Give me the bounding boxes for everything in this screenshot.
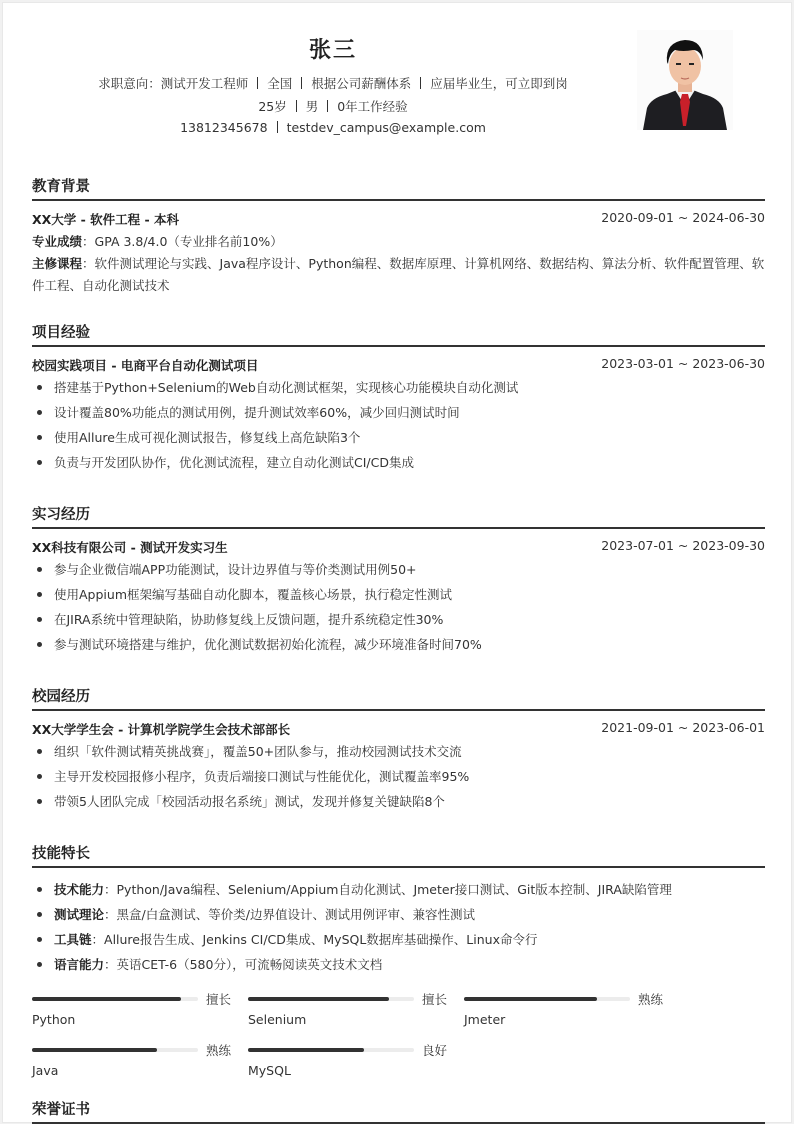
skill-bar-track xyxy=(32,1048,198,1052)
projects-section: 项目经验 校园实践项目 - 电商平台自动化测试项目 2023-03-01 ~ 2… xyxy=(32,321,765,476)
list-item: 组织「软件测试精英挑战赛」，覆盖50+团队参与，推动校园测试技术交流 xyxy=(32,739,765,764)
section-title: 校园经历 xyxy=(32,685,765,707)
skill-level: 良好 xyxy=(422,1041,447,1059)
skill-bar-mysql: 良好 MySQL xyxy=(248,1041,448,1081)
date-range: 2023-07-01 ~ 2023-09-30 xyxy=(601,538,765,553)
email: testdev_campus@example.com xyxy=(287,120,486,135)
section-title: 项目经验 xyxy=(32,321,765,343)
skill-category-label: 技术能力 xyxy=(54,882,104,897)
list-item: 搭建基于Python+Selenium的Web自动化测试框架，实现核心功能模块自… xyxy=(32,375,765,400)
section-title: 实习经历 xyxy=(32,503,765,525)
section-title: 技能特长 xyxy=(32,842,765,864)
list-item: 带领5人团队完成「校园活动报名系统」测试，发现并修复关键缺陷8个 xyxy=(32,789,765,814)
section-divider xyxy=(32,709,765,711)
divider xyxy=(327,100,328,112)
project-name: 校园实践项目 - 电商平台自动化测试项目 xyxy=(32,356,258,374)
skill-bar-fill xyxy=(248,997,389,1001)
gpa-line: 专业成绩：GPA 3.8/4.0（专业排名前10%） xyxy=(32,231,765,253)
section-title: 教育背景 xyxy=(32,175,765,197)
divider xyxy=(277,121,278,133)
skill-category-label: 测试理论 xyxy=(54,907,104,922)
project-bullets: 搭建基于Python+Selenium的Web自动化测试框架，实现核心功能模块自… xyxy=(32,375,765,476)
skill-bar-track xyxy=(464,997,630,1001)
list-item: 测试理论：黑盒/白盒测试、等价类/边界值设计、测试用例评审、兼容性测试 xyxy=(32,902,765,927)
list-item: 技术能力：Python/Java编程、Selenium/Appium自动化测试、… xyxy=(32,877,765,902)
skill-name: Jmeter xyxy=(464,1012,505,1027)
section-divider xyxy=(32,345,765,347)
skill-bar-java: 熟练 Java xyxy=(32,1041,232,1081)
skill-level: 擅长 xyxy=(206,990,231,1008)
skill-name: Python xyxy=(32,1012,75,1027)
skills-bullets: 技术能力：Python/Java编程、Selenium/Appium自动化测试、… xyxy=(32,877,765,978)
school-major-degree: XX大学 - 软件工程 - 本科 xyxy=(32,210,179,228)
list-item: 负责与开发团队协作，优化测试流程，建立自动化测试CI/CD集成 xyxy=(32,450,765,475)
age: 25岁 xyxy=(258,99,286,114)
project-entry-header: 校园实践项目 - 电商平台自动化测试项目 2023-03-01 ~ 2023-0… xyxy=(32,351,765,375)
list-item: 语言能力：英语CET-6（580分），可流畅阅读英文技术文档 xyxy=(32,952,765,977)
avatar xyxy=(637,30,733,130)
skills-section: 技能特长 技术能力：Python/Java编程、Selenium/Appium自… xyxy=(32,842,765,978)
skill-category-value: ：黑盒/白盒测试、等价类/边界值设计、测试用例评审、兼容性测试 xyxy=(104,907,475,922)
internship-entry-header: XX科技有限公司 - 测试开发实习生 2023-07-01 ~ 2023-09-… xyxy=(32,533,765,557)
internship-bullets: 参与企业微信端APP功能测试，设计边界值与等价类测试用例50+ 使用Appium… xyxy=(32,557,765,658)
list-item: 使用Allure生成可视化测试报告，修复线上高危缺陷3个 xyxy=(32,425,765,450)
contact-line: 13812345678testdev_campus@example.com xyxy=(3,120,663,135)
skill-name: Java xyxy=(32,1063,58,1078)
list-item: 参与测试环境搭建与维护，优化测试数据初始化流程，减少环境准备时间70% xyxy=(32,632,765,657)
company-role: XX科技有限公司 - 测试开发实习生 xyxy=(32,538,228,556)
job-salary: 根据公司薪酬体系 xyxy=(311,76,411,91)
skill-level: 熟练 xyxy=(638,990,663,1008)
gpa-label: 专业成绩 xyxy=(32,234,82,249)
courses-label: 主修课程 xyxy=(32,256,82,271)
campus-entry-header: XX大学学生会 - 计算机学院学生会技术部部长 2021-09-01 ~ 202… xyxy=(32,715,765,739)
education-entry-header: XX大学 - 软件工程 - 本科 2020-09-01 ~ 2024-06-30 xyxy=(32,205,765,229)
section-divider xyxy=(32,527,765,529)
section-divider xyxy=(32,866,765,868)
phone: 13812345678 xyxy=(180,120,267,135)
courses-line: 主修课程：软件测试理论与实践、Java程序设计、Python编程、数据库原理、计… xyxy=(32,253,765,297)
divider xyxy=(296,100,297,112)
skill-bar-python: 擅长 Python xyxy=(32,990,232,1030)
skill-bar-fill xyxy=(248,1048,364,1052)
campus-bullets: 组织「软件测试精英挑战赛」，覆盖50+团队参与，推动校园测试技术交流 主导开发校… xyxy=(32,739,765,815)
list-item: 在JIRA系统中管理缺陷，协助修复线上反馈问题，提升系统稳定性30% xyxy=(32,607,765,632)
skill-level: 熟练 xyxy=(206,1041,231,1059)
skill-name: MySQL xyxy=(248,1063,291,1078)
skill-bar-fill xyxy=(32,1048,157,1052)
resume-header: 张三 求职意向：测试开发工程师全国根据公司薪酬体系应届毕业生，可立即到岗 25岁… xyxy=(3,3,793,153)
internship-section: 实习经历 XX科技有限公司 - 测试开发实习生 2023-07-01 ~ 202… xyxy=(32,503,765,658)
skill-category-value: ：英语CET-6（580分），可流畅阅读英文技术文档 xyxy=(104,957,382,972)
gpa-value: ：GPA 3.8/4.0（专业排名前10%） xyxy=(82,234,283,249)
skill-category-label: 语言能力 xyxy=(54,957,104,972)
list-item: 工具链：Allure报告生成、Jenkins CI/CD集成、MySQL数据库基… xyxy=(32,927,765,952)
section-divider xyxy=(32,199,765,201)
job-availability: 应届毕业生，可立即到岗 xyxy=(430,76,568,91)
skill-level: 擅长 xyxy=(422,990,447,1008)
list-item: 主导开发校园报修小程序，负责后端接口测试与性能优化，测试覆盖率95% xyxy=(32,764,765,789)
skill-bar-fill xyxy=(464,997,597,1001)
job-location: 全国 xyxy=(267,76,292,91)
list-item: 使用Appium框架编写基础自动化脚本，覆盖核心场景，执行稳定性测试 xyxy=(32,582,765,607)
date-range: 2021-09-01 ~ 2023-06-01 xyxy=(601,720,765,735)
skill-name: Selenium xyxy=(248,1012,306,1027)
skill-bar-fill xyxy=(32,997,181,1001)
date-range: 2023-03-01 ~ 2023-06-30 xyxy=(601,356,765,371)
work-experience: 0年工作经验 xyxy=(337,99,407,114)
personal-info-line: 25岁男0年工作经验 xyxy=(3,97,663,115)
skill-bar-track xyxy=(248,997,414,1001)
skill-category-label: 工具链 xyxy=(54,932,92,947)
honors-section: 荣誉证书 xyxy=(32,1098,765,1123)
skill-bar-track xyxy=(32,997,198,1001)
skill-bar-track xyxy=(248,1048,414,1052)
divider xyxy=(257,77,258,89)
job-intention-line: 求职意向：测试开发工程师全国根据公司薪酬体系应届毕业生，可立即到岗 xyxy=(3,74,663,92)
list-item: 设计覆盖80%功能点的测试用例，提升测试效率60%，减少回归测试时间 xyxy=(32,400,765,425)
courses-value: ：软件测试理论与实践、Java程序设计、Python编程、数据库原理、计算机网络… xyxy=(32,256,764,293)
skill-bar-selenium: 擅长 Selenium xyxy=(248,990,448,1030)
gender: 男 xyxy=(306,99,319,114)
campus-section: 校园经历 XX大学学生会 - 计算机学院学生会技术部部长 2021-09-01 … xyxy=(32,685,765,814)
job-target: 求职意向：测试开发工程师 xyxy=(98,76,248,91)
education-section: 教育背景 XX大学 - 软件工程 - 本科 2020-09-01 ~ 2024-… xyxy=(32,175,765,297)
divider xyxy=(420,77,421,89)
person-portrait-icon xyxy=(637,30,733,130)
organization-role: XX大学学生会 - 计算机学院学生会技术部部长 xyxy=(32,720,290,738)
date-range: 2020-09-01 ~ 2024-06-30 xyxy=(601,210,765,225)
skill-bar-jmeter: 熟练 Jmeter xyxy=(464,990,664,1030)
skill-category-value: ：Python/Java编程、Selenium/Appium自动化测试、Jmet… xyxy=(104,882,672,897)
resume-page: 张三 求职意向：测试开发工程师全国根据公司薪酬体系应届毕业生，可立即到岗 25岁… xyxy=(2,2,792,1123)
skill-category-value: ：Allure报告生成、Jenkins CI/CD集成、MySQL数据库基础操作… xyxy=(92,932,538,947)
list-item: 参与企业微信端APP功能测试，设计边界值与等价类测试用例50+ xyxy=(32,557,765,582)
divider xyxy=(301,77,302,89)
section-title: 荣誉证书 xyxy=(32,1098,765,1120)
candidate-name: 张三 xyxy=(3,33,663,64)
